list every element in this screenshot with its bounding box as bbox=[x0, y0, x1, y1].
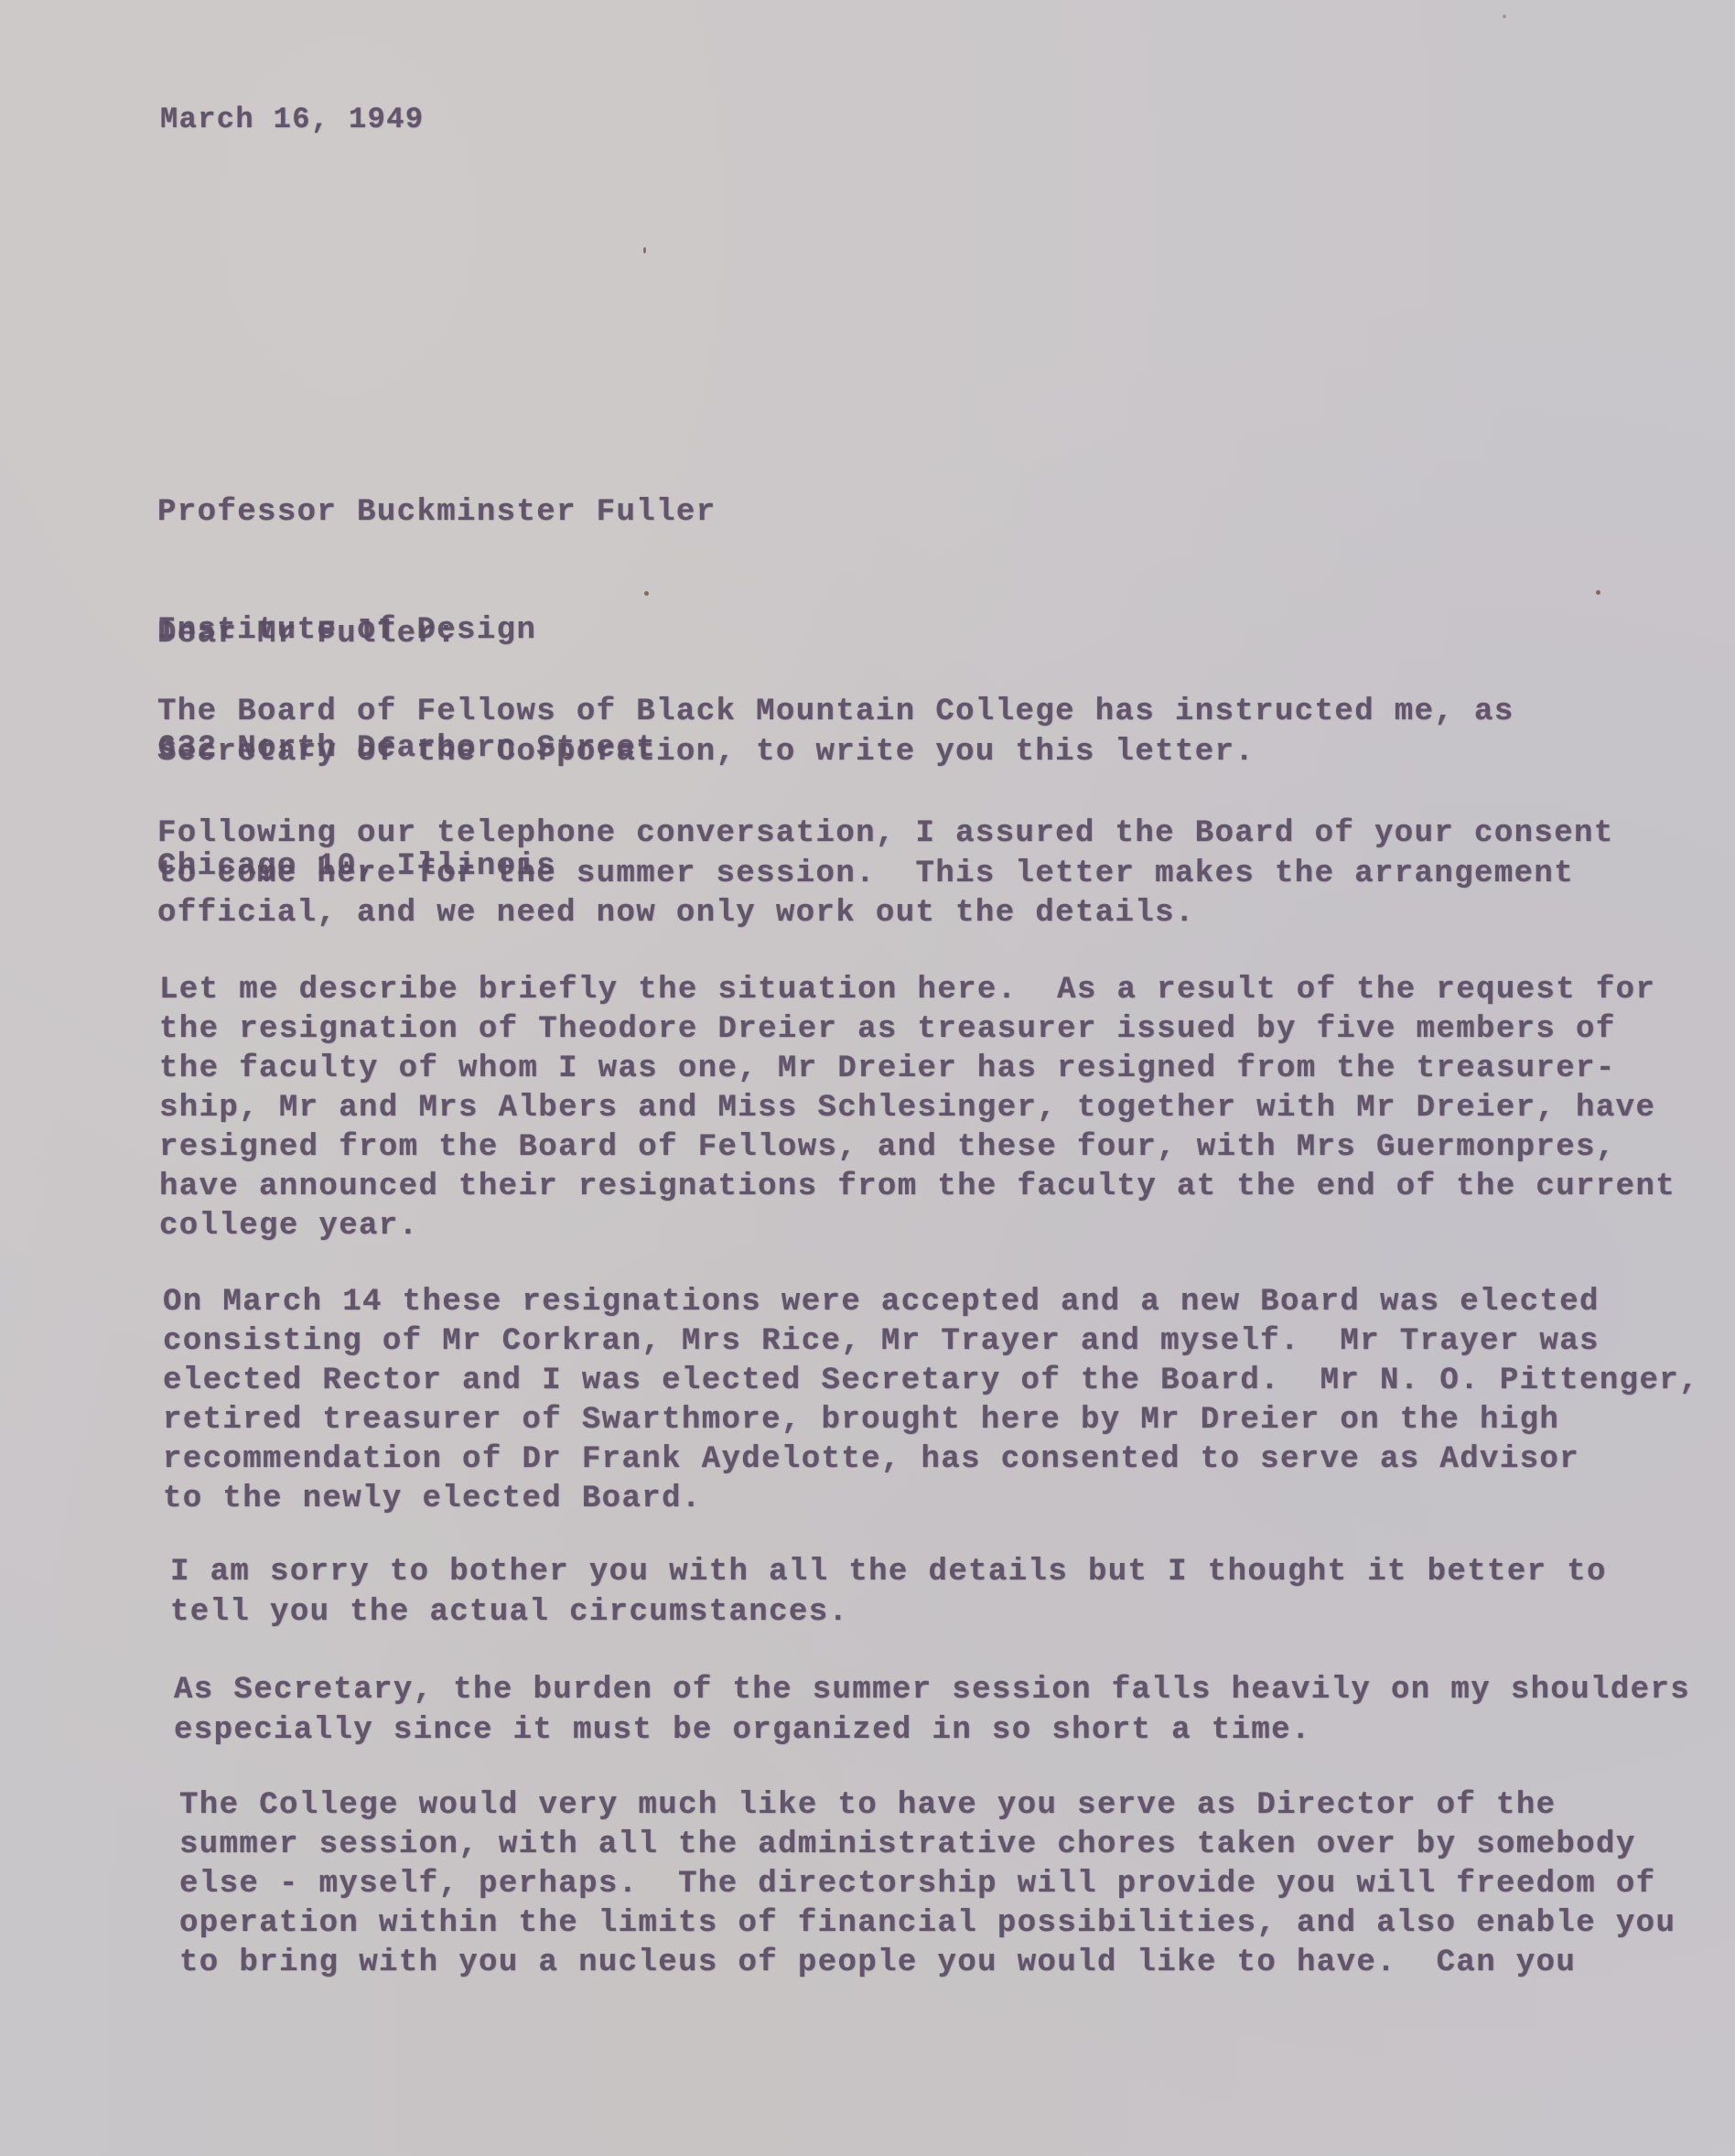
paragraph-secretary-burden: As Secretary, the burden of the summer s… bbox=[174, 1671, 1690, 1751]
paragraph-telephone-consent: Following our telephone conversation, I … bbox=[157, 814, 1614, 934]
paragraph-line: retired treasurer of Swarthmore, brought… bbox=[163, 1401, 1699, 1440]
paper-speck bbox=[643, 247, 646, 253]
paragraph-line: The Board of Fellows of Black Mountain C… bbox=[157, 693, 1514, 733]
paragraph-new-board: On March 14 these resignations were acce… bbox=[163, 1283, 1699, 1519]
paragraph-line: operation within the limits of financial… bbox=[179, 1904, 1676, 1944]
paper-speck bbox=[1503, 15, 1506, 18]
paragraph-line: As Secretary, the burden of the summer s… bbox=[174, 1671, 1690, 1711]
paragraph-line: recommendation of Dr Frank Aydelotte, ha… bbox=[163, 1440, 1699, 1480]
paragraph-line: college year. bbox=[159, 1207, 1676, 1246]
paragraph-line: elected Rector and I was elected Secreta… bbox=[163, 1362, 1699, 1401]
paragraph-line: Secretary of the Corporation, to write y… bbox=[157, 733, 1514, 773]
paragraph-line: the resignation of Theodore Dreier as tr… bbox=[159, 1010, 1676, 1050]
paragraph-line: to come here for the summer session. Thi… bbox=[157, 855, 1614, 895]
paragraph-situation-resignations: Let me describe briefly the situation he… bbox=[159, 971, 1676, 1246]
paragraph-line: else - myself, perhaps. The directorship… bbox=[179, 1865, 1676, 1904]
address-line-name: Professor Buckminster Fuller bbox=[157, 493, 717, 533]
paper-speck bbox=[1596, 590, 1600, 595]
paragraph-line: resigned from the Board of Fellows, and … bbox=[159, 1128, 1676, 1168]
paragraph-line: consisting of Mr Corkran, Mrs Rice, Mr T… bbox=[163, 1322, 1699, 1362]
paragraph-board-instruction: The Board of Fellows of Black Mountain C… bbox=[157, 693, 1514, 772]
paragraph-line: Let me describe briefly the situation he… bbox=[159, 971, 1676, 1010]
paragraph-line: I am sorry to bother you with all the de… bbox=[170, 1553, 1607, 1593]
paragraph-line: tell you the actual circumstances. bbox=[170, 1593, 1607, 1633]
paragraph-line: Following our telephone conversation, I … bbox=[157, 814, 1614, 855]
salutation: Dear Mr Fuller: bbox=[157, 617, 457, 652]
paragraph-line: summer session, with all the administrat… bbox=[179, 1826, 1676, 1865]
letter-date: March 16, 1949 bbox=[160, 102, 424, 136]
paragraph-line: to bring with you a nucleus of people yo… bbox=[179, 1944, 1676, 1983]
paragraph-line: ship, Mr and Mrs Albers and Miss Schlesi… bbox=[159, 1089, 1676, 1128]
paragraph-apology: I am sorry to bother you with all the de… bbox=[170, 1553, 1607, 1633]
paragraph-line: official, and we need now only work out … bbox=[157, 894, 1614, 934]
paragraph-line: have announced their resignations from t… bbox=[159, 1168, 1676, 1207]
paragraph-line: the faculty of whom I was one, Mr Dreier… bbox=[159, 1050, 1676, 1089]
letter-page: March 16, 1949 Professor Buckminster Ful… bbox=[0, 0, 1735, 2156]
paragraph-director-offer: The College would very much like to have… bbox=[179, 1786, 1676, 1983]
paragraph-line: to the newly elected Board. bbox=[163, 1480, 1699, 1519]
paragraph-line: On March 14 these resignations were acce… bbox=[163, 1283, 1699, 1322]
paragraph-line: The College would very much like to have… bbox=[179, 1786, 1676, 1826]
paragraph-line: especially since it must be organized in… bbox=[174, 1711, 1690, 1752]
